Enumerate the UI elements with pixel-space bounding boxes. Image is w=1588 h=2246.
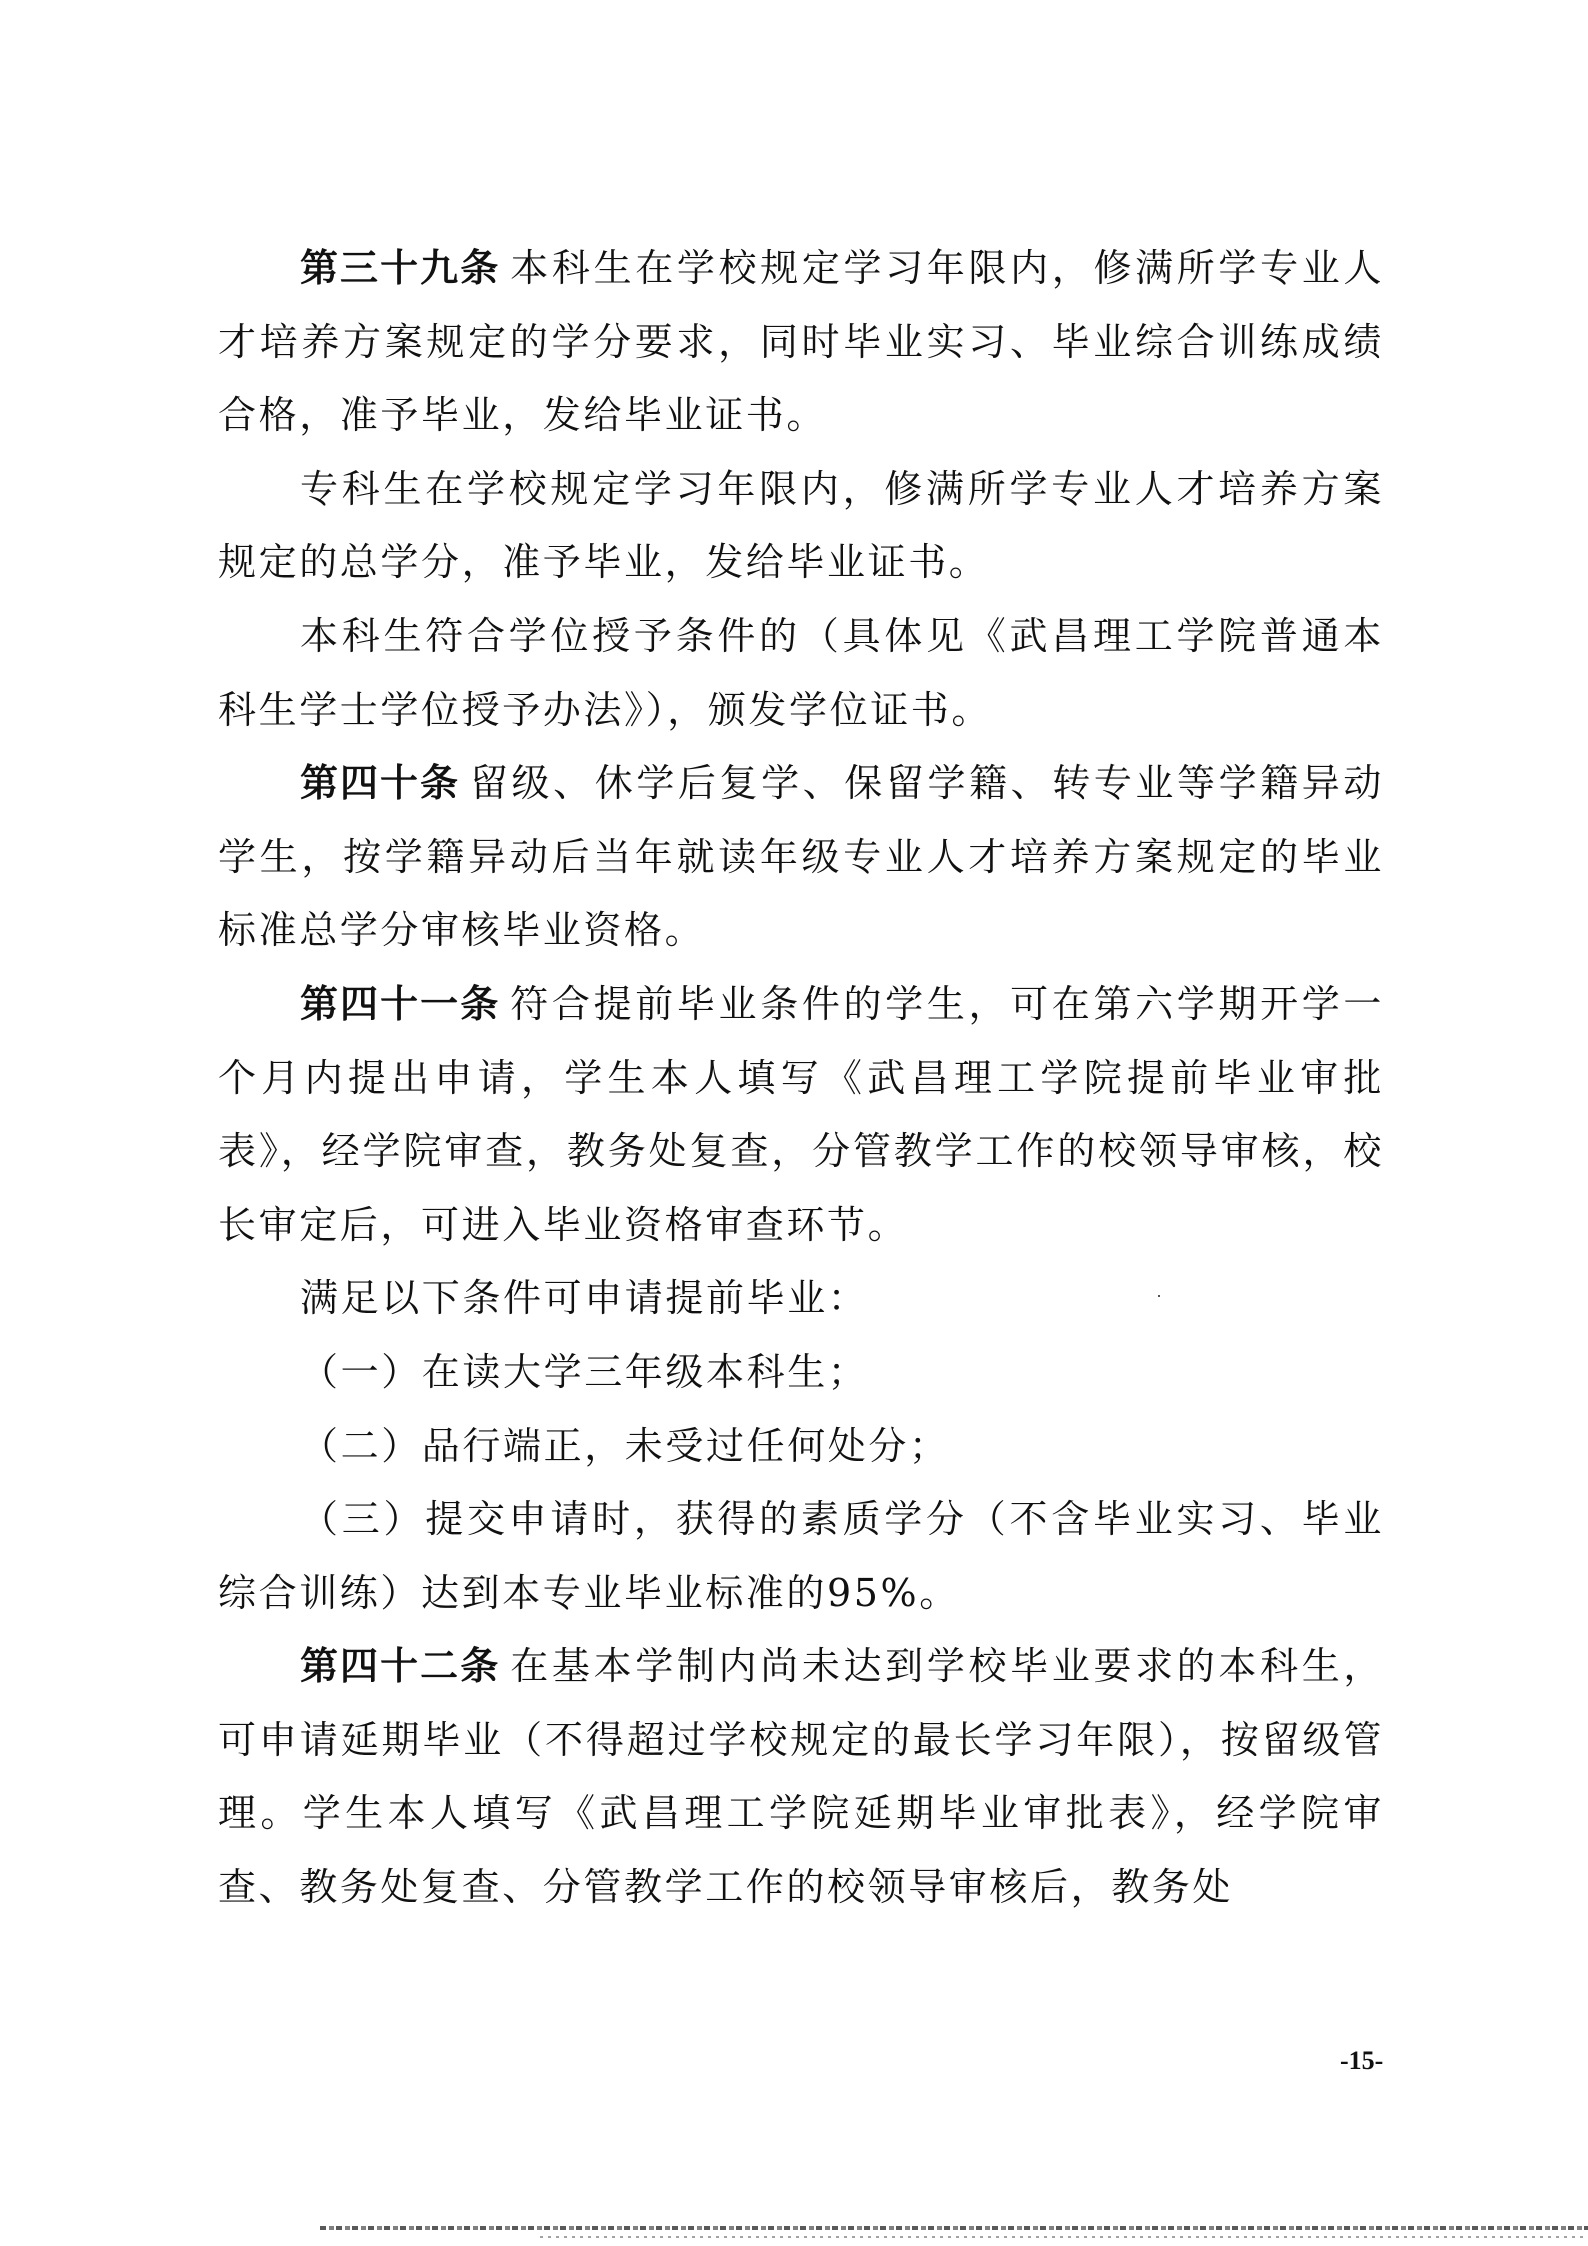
paragraph-text: 专科生在学校规定学习年限内，修满所学专业人才培养方案规定的总学分，准予毕业，发给… xyxy=(218,467,1384,585)
scan-artifact-line xyxy=(320,2226,1588,2230)
condition-text: （三）提交申请时，获得的素质学分（不含毕业实习、毕业综合训练）达到本专业毕业标准… xyxy=(218,1497,1384,1615)
document-body: 第三十九条本科生在学校规定学习年限内，修满所学专业人才培养方案规定的学分要求，同… xyxy=(218,232,1384,1925)
scan-artifact-line xyxy=(540,2236,1588,2238)
page-number: -15- xyxy=(1340,2046,1383,2076)
article-42: 第四十二条在基本学制内尚未达到学校毕业要求的本科生，可申请延期毕业（不得超过学校… xyxy=(218,1630,1384,1924)
document-page: 第三十九条本科生在学校规定学习年限内，修满所学专业人才培养方案规定的学分要求，同… xyxy=(0,0,1588,2246)
article-heading: 第四十二条 xyxy=(300,1644,500,1688)
article-41: 第四十一条符合提前毕业条件的学生，可在第六学期开学一个月内提出申请，学生本人填写… xyxy=(218,968,1384,1262)
article-39: 第三十九条本科生在学校规定学习年限内，修满所学专业人才培养方案规定的学分要求，同… xyxy=(218,232,1384,453)
scan-speck xyxy=(1158,1295,1160,1297)
paragraph-degree: 本科生符合学位授予条件的（具体见《武昌理工学院普通本科生学士学位授予办法》），颁… xyxy=(218,600,1384,747)
paragraph-text: 本科生符合学位授予条件的（具体见《武昌理工学院普通本科生学士学位授予办法》），颁… xyxy=(218,614,1384,732)
condition-text: （二）品行端正，未受过任何处分； xyxy=(300,1424,950,1468)
article-heading: 第四十条 xyxy=(300,761,460,805)
paragraph-text: 满足以下条件可申请提前毕业： xyxy=(300,1276,868,1320)
condition-text: （一）在读大学三年级本科生； xyxy=(300,1350,868,1394)
article-heading: 第四十一条 xyxy=(300,982,500,1026)
paragraph-conditions-intro: 满足以下条件可申请提前毕业： xyxy=(218,1262,1384,1336)
article-heading: 第三十九条 xyxy=(300,246,500,290)
scan-speck xyxy=(1042,1668,1044,1670)
condition-item-1: （一）在读大学三年级本科生； xyxy=(218,1336,1384,1410)
article-40: 第四十条留级、休学后复学、保留学籍、转专业等学籍异动学生，按学籍异动后当年就读年… xyxy=(218,747,1384,968)
condition-item-3: （三）提交申请时，获得的素质学分（不含毕业实习、毕业综合训练）达到本专业毕业标准… xyxy=(218,1483,1384,1630)
condition-item-2: （二）品行端正，未受过任何处分； xyxy=(218,1410,1384,1484)
paragraph-junior-college: 专科生在学校规定学习年限内，修满所学专业人才培养方案规定的总学分，准予毕业，发给… xyxy=(218,453,1384,600)
